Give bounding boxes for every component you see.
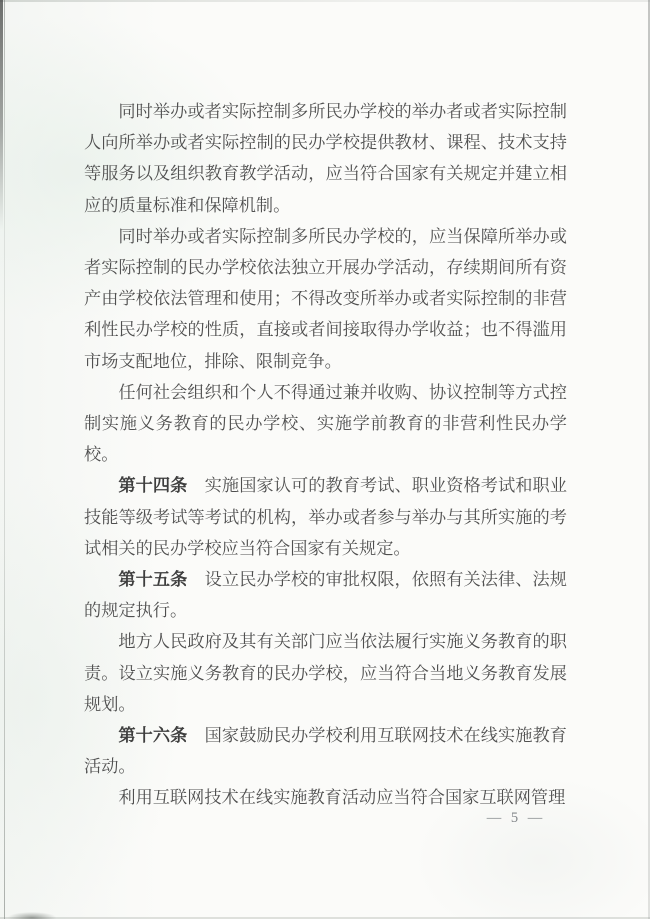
article-number-14: 第十四条 [118,476,187,495]
scan-left-crease [4,0,5,919]
paragraph: 任何社会组织和个人不得通过兼并收购、协议控制等方式控制实施义务教育的民办学校、实… [84,377,567,471]
paragraph-article-16: 第十六条 国家鼓励民办学校利用互联网技术在线实施教育活动。 [84,720,567,782]
page-number: — 5 — [470,809,562,827]
paragraph: 地方人民政府及其有关部门应当依法履行实施义务教育的职责。设立实施义务教育的民办学… [84,626,567,720]
scanned-document-page: 同时举办或者实际控制多所民办学校的举办者或者实际控制人向所举办或者实际控制的民办… [0,0,650,919]
paragraph-article-14: 第十四条 实施国家认可的教育考试、职业资格考试和职业技能等级考试等考试的机构，举… [84,470,567,564]
article-number-16: 第十六条 [118,726,187,745]
paragraph-article-15: 第十五条 设立民办学校的审批权限，依照有关法律、法规的规定执行。 [84,564,567,626]
scan-top-edge [0,0,650,2]
paragraph: 同时举办或者实际控制多所民办学校的，应当保障所举办或者实际控制的民办学校依法独立… [84,221,567,377]
scan-bottom-left-smudge [8,912,56,919]
article-number-15: 第十五条 [118,570,187,589]
paragraph: 同时举办或者实际控制多所民办学校的举办者或者实际控制人向所举办或者实际控制的民办… [84,96,567,221]
document-body: 同时举办或者实际控制多所民办学校的举办者或者实际控制人向所举办或者实际控制的民办… [84,96,567,814]
scan-left-dark-edge [0,0,3,230]
